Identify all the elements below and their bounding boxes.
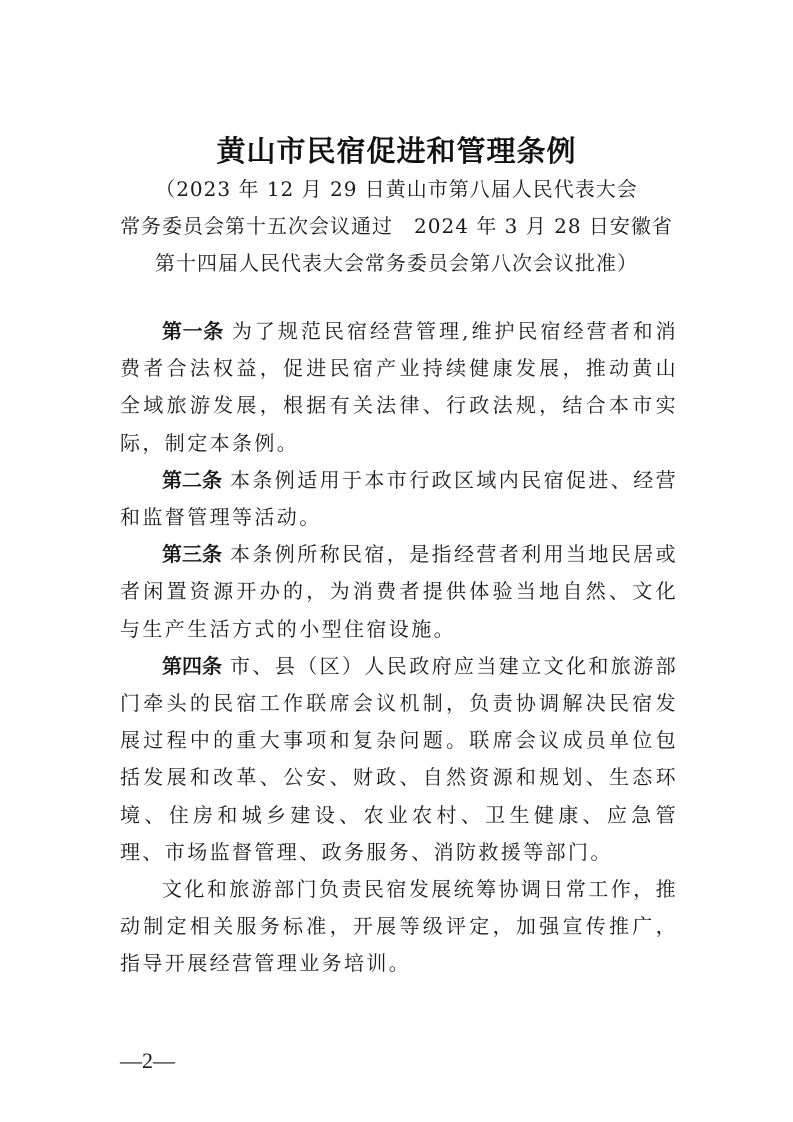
document-title: 黄山市民宿促进和管理条例 — [0, 131, 793, 171]
document-body: 第一条为了规范民宿经营管理,维护民宿经营者和消费者合法权益，促进民宿产业持续健康… — [120, 313, 678, 983]
article-text: 文化和旅游部门负责民宿发展统筹协调日常工作，推动制定相关服务标准，开展等级评定，… — [120, 877, 678, 975]
document-page: 黄山市民宿促进和管理条例 （2023 年 12 月 29 日黄山市第八届人民代表… — [0, 0, 793, 1122]
article-4-paragraph-2: 文化和旅游部门负责民宿发展统筹协调日常工作，推动制定相关服务标准，开展等级评定，… — [120, 871, 678, 983]
subtitle-line: 常务委员会第十五次会议通过 2024 年 3 月 28 日安徽省 — [0, 208, 793, 245]
article-label: 第二条 — [162, 468, 222, 492]
article-1: 第一条为了规范民宿经营管理,维护民宿经营者和消费者合法权益，促进民宿产业持续健康… — [120, 313, 678, 462]
subtitle-line: （2023 年 12 月 29 日黄山市第八届人民代表大会 — [0, 171, 793, 208]
article-label: 第一条 — [162, 319, 224, 343]
article-4: 第四条市、县（区）人民政府应当建立文化和旅游部门牵头的民宿工作联席会议机制，负责… — [120, 648, 678, 871]
article-label: 第四条 — [162, 654, 222, 678]
article-3: 第三条本条例所称民宿，是指经营者利用当地民居或者闲置资源开办的，为消费者提供体验… — [120, 536, 678, 648]
document-subtitle: （2023 年 12 月 29 日黄山市第八届人民代表大会 常务委员会第十五次会… — [0, 171, 793, 282]
subtitle-line: 第十四届人民代表大会常务委员会第八次会议批准） — [0, 245, 793, 282]
article-text: 市、县（区）人民政府应当建立文化和旅游部门牵头的民宿工作联席会议机制，负责协调解… — [120, 654, 678, 864]
page-number: —2— — [120, 1048, 175, 1074]
article-2: 第二条本条例适用于本市行政区域内民宿促进、经营和监督管理等活动。 — [120, 462, 678, 536]
article-label: 第三条 — [162, 542, 222, 566]
